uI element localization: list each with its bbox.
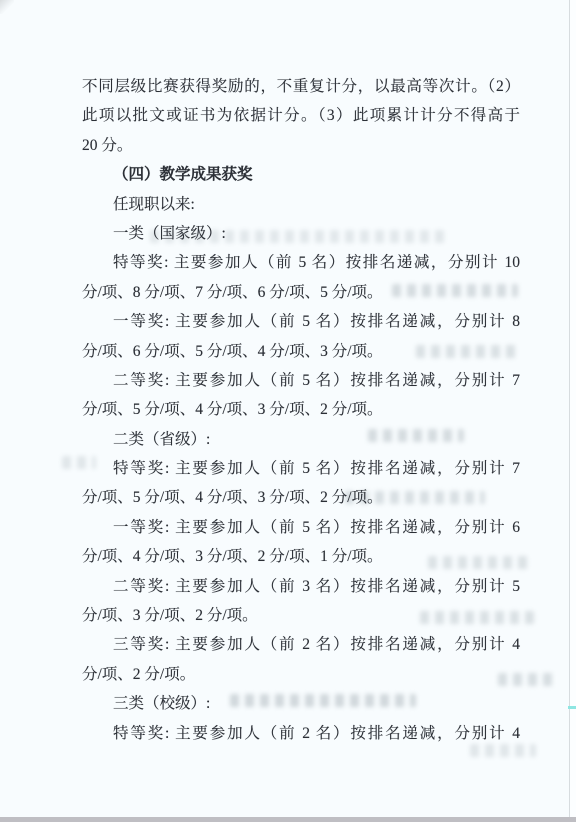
text-line: 特等奖: 主要参加人（前 5 名）按排名递减，分别计 7: [82, 454, 520, 483]
text-line: 特等奖: 主要参加人（前 2 名）按排名递减，分别计 4: [82, 719, 520, 748]
text-line: 此项以批文或证书为依据计分。（3）此项累计计分不得高于: [82, 101, 520, 130]
text-line: 特等奖: 主要参加人（前 5 名）按排名递减，分别计 10: [82, 248, 520, 277]
scanner-bed-strip: [0, 817, 576, 822]
text-line: 二等奖: 主要参加人（前 3 名）按排名递减，分别计 5: [82, 572, 520, 601]
scan-corner-shade: [0, 0, 14, 14]
text-line: 分/项、4 分/项、3 分/项、2 分/项、1 分/项。: [82, 542, 520, 571]
text-line: 一等奖: 主要参加人（前 5 名）按排名递减，分别计 6: [82, 513, 520, 542]
document-page: 不同层级比赛获得奖励的，不重复计分，以最高等次计。（2）此项以批文或证书为依据计…: [0, 0, 576, 822]
text-line: 一类（国家级）:: [82, 219, 520, 248]
text-line: 任现职以来:: [82, 190, 520, 219]
page-edge-margin: [570, 0, 576, 817]
text-line: 20 分。: [82, 131, 520, 160]
text-line: 分/项、8 分/项、7 分/项、6 分/项、5 分/项。: [82, 278, 520, 307]
text-line: 一等奖: 主要参加人（前 5 名）按排名递减，分别计 8: [82, 307, 520, 336]
text-line: 三等奖: 主要参加人（前 2 名）按排名递减，分别计 4: [82, 630, 520, 659]
scan-artifact-cyan-tick: [568, 706, 576, 709]
text-line: 三类（校级）:: [82, 689, 520, 718]
page-edge-line: [569, 0, 570, 817]
text-line: 二类（省级）:: [82, 425, 520, 454]
text-line: 不同层级比赛获得奖励的，不重复计分，以最高等次计。（2）: [82, 72, 520, 101]
text-line: 分/项、5 分/项、4 分/项、3 分/项、2 分/项。: [82, 395, 520, 424]
text-line: （四）教学成果获奖: [82, 160, 520, 189]
text-line: 分/项、3 分/项、2 分/项。: [82, 601, 520, 630]
text-line: 二等奖: 主要参加人（前 5 名）按排名递减，分别计 7: [82, 366, 520, 395]
document-text: 不同层级比赛获得奖励的，不重复计分，以最高等次计。（2）此项以批文或证书为依据计…: [82, 72, 520, 748]
text-line: 分/项、6 分/项、5 分/项、4 分/项、3 分/项。: [82, 337, 520, 366]
text-line: 分/项、5 分/项、4 分/项、3 分/项、2 分/项。: [82, 483, 520, 512]
text-line: 分/项、2 分/项。: [82, 660, 520, 689]
